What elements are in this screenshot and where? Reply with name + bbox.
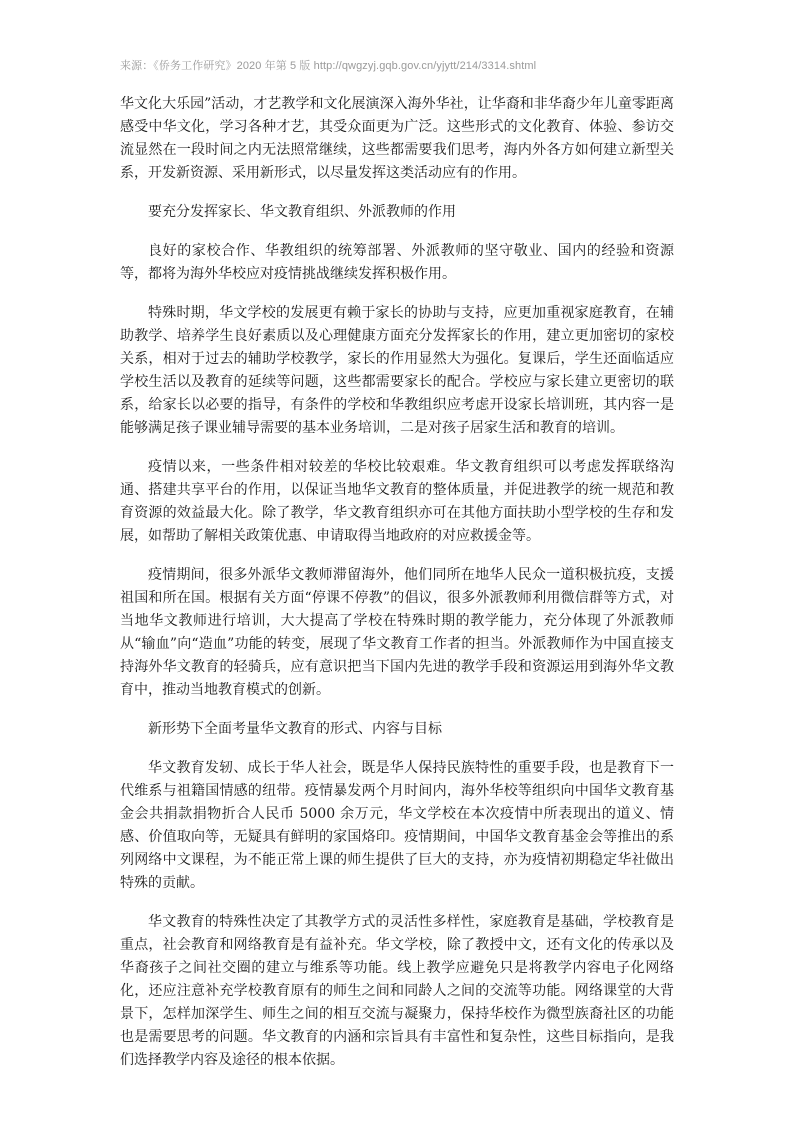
source-citation: 来源：《侨务工作研究》2020 年第 5 版 http://qwgzyj.gqb…	[120, 57, 536, 73]
paragraph-cooperation: 良好的家校合作、华教组织的统筹部署、外派教师的坚守敬业、国内的经验和资源等，都将…	[120, 240, 674, 286]
article-body: 华文化大乐园”活动，才艺教学和文化展演深入海外华社，让华裔和非华裔少年儿童零距离…	[120, 93, 674, 1088]
paragraph-parents: 特殊时期，华文学校的发展更有赖于家长的协助与支持，应更加重视家庭教育，在辅助教学…	[120, 302, 674, 440]
section-heading-roles: 要充分发挥家长、华文教育组织、外派教师的作用	[120, 201, 674, 224]
paragraph-teachers: 疫情期间，很多外派华文教师滞留海外，他们同所在地华人民众一道积极抗疫，支援祖国和…	[120, 564, 674, 702]
paragraph-chinese-education-features: 华文教育的特殊性决定了其教学方式的灵活性多样性，家庭教育是基础，学校教育是重点，…	[120, 911, 674, 1072]
section-heading-new-situation: 新形势下全面考量华文教育的形式、内容与目标	[120, 718, 674, 741]
paragraph-intro-continued: 华文化大乐园”活动，才艺教学和文化展演深入海外华社，让华裔和非华裔少年儿童零距离…	[120, 93, 674, 185]
paragraph-organizations: 疫情以来，一些条件相对较差的华校比较艰难。华文教育组织可以考虑发挥联络沟通、搭建…	[120, 456, 674, 548]
paragraph-chinese-education-origin: 华文教育发轫、成长于华人社会，既是华人保持民族特性的重要手段，也是教育下一代维系…	[120, 757, 674, 895]
